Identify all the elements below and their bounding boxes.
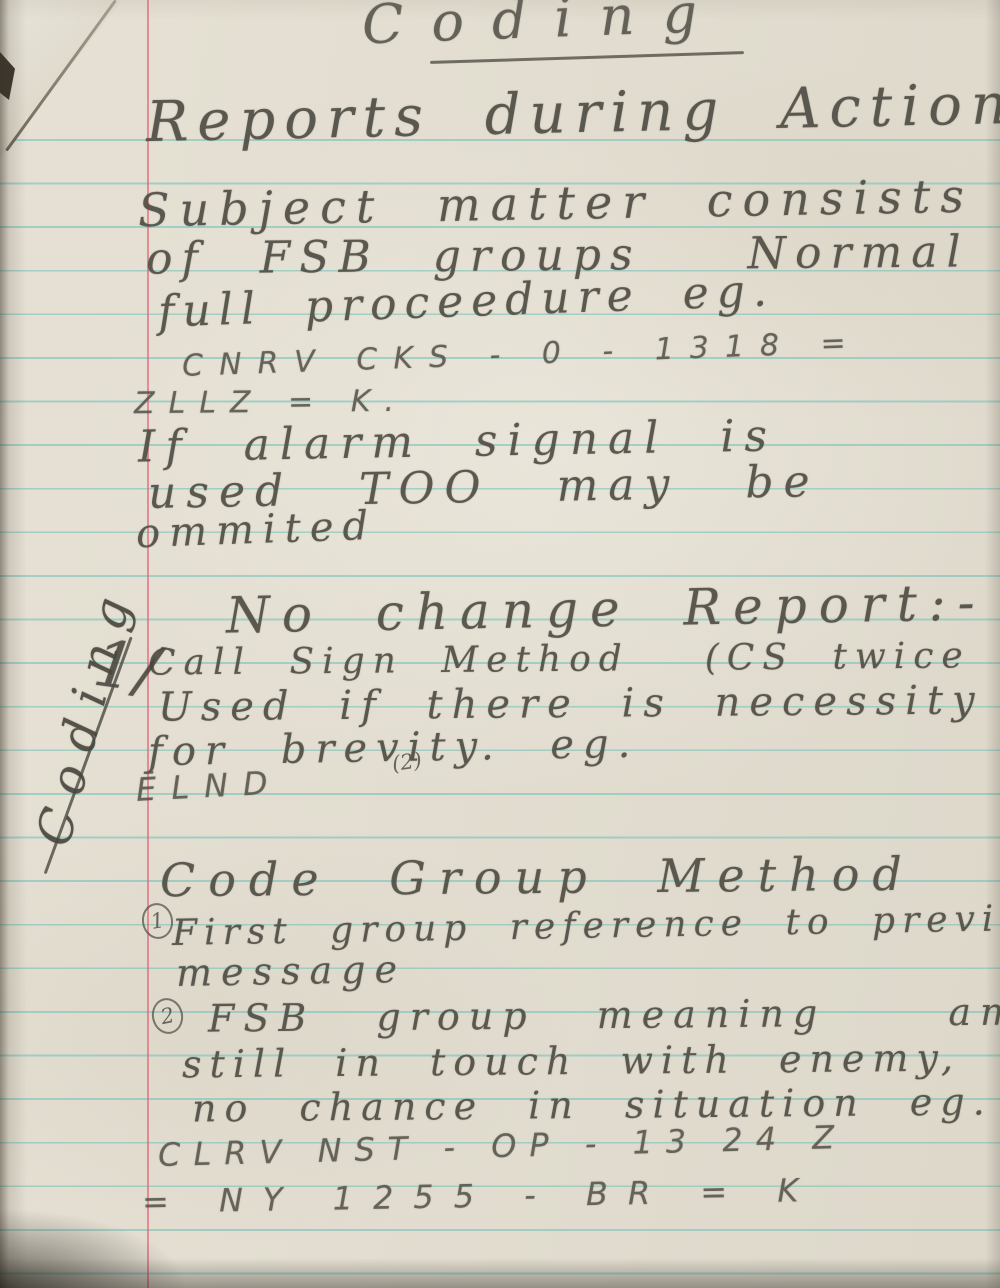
notebook-page: Coding Reports during Action Subject mat… [0, 0, 1000, 1288]
handwritten-line: still in touch with enemy, [182, 1039, 961, 1084]
title-underline [430, 51, 744, 64]
insert-mark: 1/ [90, 632, 165, 705]
subheading-no-change-report: No change Report:- [226, 577, 987, 640]
handwritten-line: message [176, 950, 407, 992]
page-title: Coding [361, 0, 726, 52]
handwritten-line: Subject matter consists [138, 173, 975, 234]
handwritten-line: FSB group meaning am [208, 992, 1000, 1037]
handwritten-line: no chance in situation eg. [192, 1083, 993, 1128]
handwritten-line: Call Sign Method (CS twice [148, 638, 971, 681]
handwritten-line: Used if there is necessity [158, 680, 984, 727]
code-group-line: ZLLZ = K. [134, 387, 408, 419]
superscript-note: (2) [390, 748, 423, 776]
handwritten-line: ommited [135, 506, 377, 554]
code-group-line: ĒLND [135, 766, 283, 806]
subheading-code-group-method: Code Group Method [160, 851, 915, 904]
